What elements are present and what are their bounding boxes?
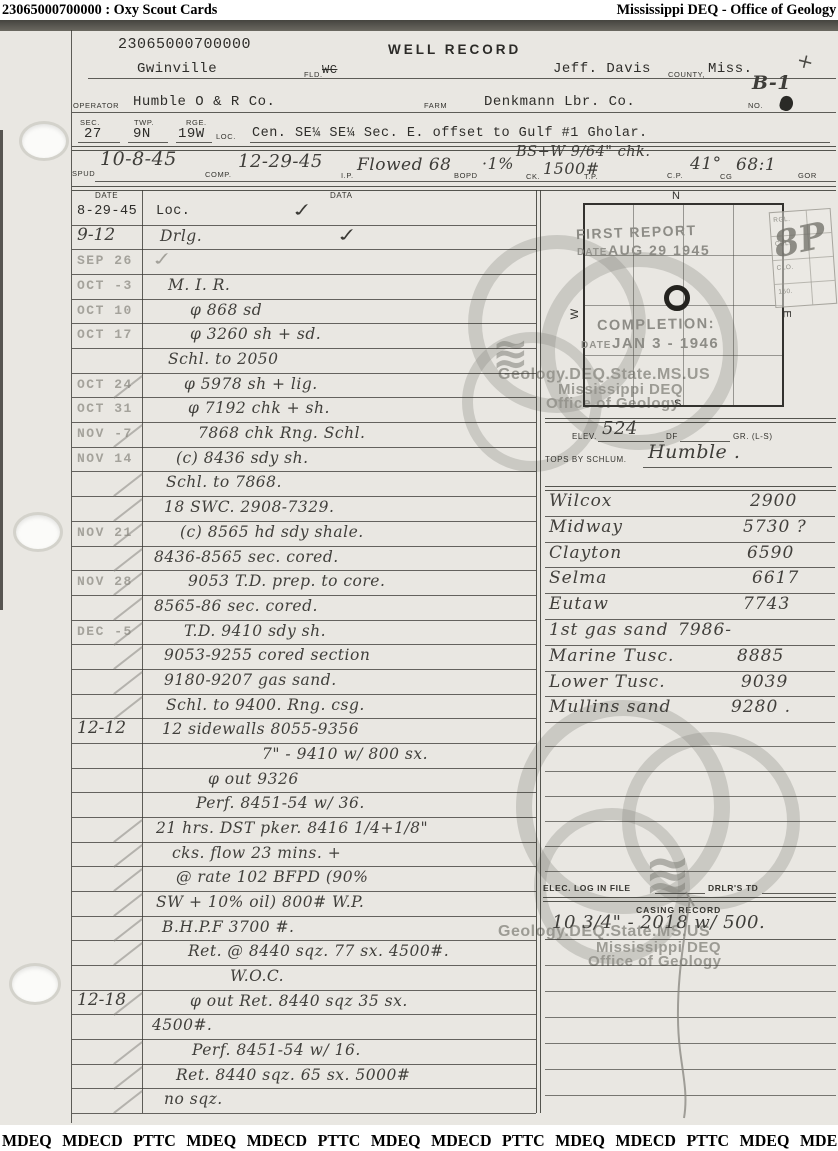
- log-row: Schl. to 7868.: [72, 471, 536, 497]
- formation-depth: 6617: [752, 568, 799, 588]
- log-row-text: 7868 chk Rng. Schl.: [198, 422, 365, 445]
- pencil-slash: [113, 597, 143, 621]
- pencil-slash: [113, 1066, 143, 1090]
- gr-label: GR. (L-S): [733, 432, 773, 441]
- loc-label: LOC.: [216, 132, 236, 141]
- completion-stamp: COMPLETION:: [597, 316, 715, 334]
- log-row-text: (c) 8436 sdy sh.: [176, 447, 309, 470]
- formation-top-row: Eutaw 7743: [545, 593, 835, 620]
- log-row-text: φ 868 sd: [190, 299, 262, 322]
- log-row-date: OCT 17: [77, 327, 133, 342]
- check-mark: ✓: [149, 248, 175, 271]
- log-row-date: OCT 31: [77, 401, 133, 416]
- farm-label: FARM: [424, 101, 447, 110]
- routing-label: 150.: [778, 288, 793, 296]
- ruled-line: [95, 181, 836, 182]
- log-row: OCT 31 φ 7192 chk + sh.: [72, 397, 536, 423]
- log-row-text: 9053-9255 cored section: [164, 644, 370, 667]
- formation-top-row: Marine Tusc. 8885: [545, 645, 835, 672]
- gor-label: GOR: [798, 171, 817, 180]
- scanned-well-record-page: 23065000700000 : Oxy Scout Cards Mississ…: [0, 0, 838, 1151]
- page-header-right: Mississippi DEQ - Office of Geology: [616, 2, 836, 19]
- pencil-slash: [113, 696, 143, 720]
- ruled-line: [643, 467, 832, 468]
- log-row: Perf. 8451-54 w/ 16.: [72, 1039, 536, 1065]
- tops-by-value: Humble .: [648, 441, 740, 463]
- routing-box-row: 150.: [775, 281, 836, 308]
- ruled-line: [78, 142, 120, 143]
- formation-top-row: Clayton 6590: [545, 542, 835, 569]
- field-label: FLD.: [304, 70, 323, 79]
- log-row: DEC -5 T.D. 9410 sdy sh.: [72, 620, 536, 646]
- scan-top-edge: [0, 20, 838, 31]
- elec-log-label: ELEC. LOG IN FILE: [543, 883, 631, 893]
- well-location-symbol: [664, 285, 690, 311]
- pencil-slash: [113, 1041, 143, 1065]
- ink-smudge: [778, 94, 795, 112]
- spud-label: SPUD: [72, 169, 95, 178]
- card-title: WELL RECORD: [388, 42, 521, 57]
- log-row-text: Schl. to 7868.: [166, 471, 282, 494]
- log-row: no sqz.: [72, 1088, 536, 1114]
- compass-south: S: [674, 398, 681, 410]
- log-row-text: T.D. 9410 sdy sh.: [184, 620, 326, 643]
- formation-top-row: 1st gas sand 7986-: [545, 619, 835, 646]
- scanned-card: ≋ Geology.DEQ.State.MS.US Mississippi DE…: [0, 20, 838, 1125]
- pencil-slash: [113, 548, 143, 572]
- pencil-slash: [113, 893, 143, 917]
- tp-label: T.P.: [584, 172, 598, 181]
- log-row: NOV 21 (c) 8565 hd sdy shale.: [72, 521, 536, 547]
- log-row: B.H.P.F 3700 #.: [72, 916, 536, 942]
- compass-east: E: [781, 310, 793, 317]
- ck-label: CK.: [526, 172, 540, 181]
- cp-label: C.P.: [667, 171, 683, 180]
- pencil-slash: [113, 918, 143, 942]
- formation-name: Wilcox: [549, 491, 612, 511]
- log-row-text: M. I. R.: [168, 274, 230, 297]
- double-ruled-line: [72, 146, 836, 151]
- pencil-plus-mark: +: [794, 47, 816, 74]
- ruled-line: [72, 112, 836, 113]
- log-row: 7" - 9410 w/ 800 sx.: [72, 743, 536, 769]
- page-footer: MDEQ MDECD PTTC MDEQ MDECD PTTC MDEQ MDE…: [0, 1125, 838, 1151]
- hole-punch: [16, 515, 60, 549]
- drlrs-td-label: DRLR'S TD: [708, 883, 758, 893]
- field-value: Gwinville: [137, 61, 217, 77]
- log-row-text: 4500#.: [152, 1014, 212, 1037]
- log-row-date: 8-29-45: [77, 204, 137, 219]
- df-label: DF: [666, 432, 678, 441]
- log-row-date: OCT 10: [77, 303, 133, 318]
- operator-value: Humble O & R Co.: [133, 94, 275, 110]
- pencil-slash: [113, 844, 143, 868]
- formation-name: Selma: [549, 568, 607, 588]
- pencil-slash: [113, 868, 143, 892]
- log-row-text: Perf. 8451-54 w/ 36.: [196, 792, 365, 815]
- log-row-text: 9053 T.D. prep. to core.: [188, 570, 385, 593]
- farm-value: Denkmann Lbr. Co.: [484, 94, 635, 110]
- log-row-text: no sqz.: [164, 1088, 223, 1111]
- log-row: NOV -7 7868 chk Rng. Schl.: [72, 422, 536, 448]
- ruled-line: [250, 142, 830, 143]
- log-row: 21 hrs. DST pker. 8416 1/4+1/8": [72, 817, 536, 843]
- formation-depth: 5730 ?: [743, 517, 807, 537]
- elev-label: ELEV.: [572, 432, 597, 441]
- formation-top-row: Selma 6617: [545, 567, 835, 594]
- log-row: 12-12 12 sidewalls 8055-9356: [72, 718, 536, 744]
- formation-name: Lower Tusc.: [549, 672, 666, 692]
- formation-name: Marine Tusc.: [549, 646, 674, 666]
- ip-label: I.P.: [341, 171, 354, 180]
- pencil-slash: [113, 474, 143, 498]
- double-ruled-line: [72, 186, 836, 191]
- completion-date-label: DATE: [581, 340, 611, 351]
- page-header-left: 23065000700000 : Oxy Scout Cards: [2, 2, 217, 19]
- double-ruled-line: [545, 418, 836, 423]
- pencil-stroke: [660, 890, 710, 1125]
- county-value: Jeff. Davis: [553, 61, 651, 77]
- log-row: NOV 28 9053 T.D. prep. to core.: [72, 570, 536, 596]
- log-row: SEP 26 ✓: [72, 249, 536, 275]
- formation-top-row: Wilcox 2900: [545, 490, 835, 517]
- log-row: NOV 14 (c) 8436 sdy sh.: [72, 447, 536, 473]
- hole-punch: [12, 966, 58, 1002]
- log-row-text: φ 3260 sh + sd.: [190, 323, 321, 346]
- log-row-text: SW + 10% oil) 800# W.P.: [156, 891, 364, 914]
- completion-date: JAN 3 - 1946: [612, 335, 719, 352]
- formation-top-row: Lower Tusc. 9039: [545, 671, 835, 698]
- log-row: 18 SWC. 2908-7329.: [72, 496, 536, 522]
- log-row-text: 9180-9207 gas sand.: [164, 669, 337, 692]
- field-struck-text: WC: [322, 63, 337, 77]
- log-row-text: cks. flow 23 mins. +: [172, 842, 341, 865]
- pencil-slash: [113, 498, 143, 522]
- formation-depth: 6590: [747, 543, 794, 563]
- log-row: Schl. to 2050: [72, 348, 536, 374]
- log-row-text: φ out 9326: [208, 768, 299, 791]
- log-row-date: OCT -3: [77, 278, 133, 293]
- log-row-text: φ out Ret. 8440 sqz 35 sx.: [190, 990, 408, 1013]
- log-row-date: 9-12: [77, 225, 115, 245]
- log-row-text: B.H.P.F 3700 #.: [162, 916, 294, 939]
- log-row: 9053-9255 cored section: [72, 644, 536, 670]
- log-row-text: 7" - 9410 w/ 800 sx.: [262, 743, 428, 766]
- twp-value: 9N: [133, 126, 151, 142]
- bopd-value-2: BS+W 9/64" chk.: [516, 144, 650, 160]
- cg-value: 68:1: [736, 155, 776, 175]
- log-row: Schl. to 9400. Rng. csg.: [72, 694, 536, 720]
- formation-depth: 7743: [743, 594, 790, 614]
- formation-name: Eutaw: [549, 594, 609, 614]
- log-row: OCT 17 φ 3260 sh + sd.: [72, 323, 536, 349]
- ruled-line: [128, 142, 168, 143]
- log-row: 4500#.: [72, 1014, 536, 1040]
- log-row-date: NOV 14: [77, 451, 133, 466]
- blank-ruled-lines: [545, 722, 836, 874]
- ruled-line: [176, 142, 212, 143]
- compass-north: N: [672, 190, 680, 202]
- log-data-header: DATA: [330, 191, 353, 200]
- county-label: COUNTY,: [668, 70, 705, 79]
- comp-label: COMP.: [205, 170, 232, 179]
- first-report-date-label: DATE: [577, 247, 607, 258]
- well-number: 23065000700000: [118, 36, 251, 53]
- well-no-handwritten: B-1: [752, 72, 791, 94]
- formation-name: 1st gas sand: [549, 620, 669, 640]
- log-row-text: 8565-86 sec. cored.: [154, 595, 318, 618]
- log-row-text: Ret. 8440 sqz. 65 sx. 5000#: [176, 1064, 410, 1087]
- log-row-date: 12-12: [77, 718, 126, 738]
- compass-west: W: [569, 309, 581, 319]
- log-row: 12-18 φ out Ret. 8440 sqz 35 sx.: [72, 990, 536, 1016]
- formation-depth: 9039: [741, 672, 788, 692]
- log-row-text: Ret. @ 8440 sqz. 77 sx. 4500#.: [188, 940, 449, 963]
- log-row-text: Perf. 8451-54 w/ 16.: [192, 1039, 361, 1062]
- data-panel-separator: [536, 190, 541, 1113]
- first-report-date: AUG 29 1945: [608, 242, 710, 258]
- log-row: φ out 9326: [72, 768, 536, 794]
- log-row: SW + 10% oil) 800# W.P.: [72, 891, 536, 917]
- loc-value: Cen. SE¼ SE¼ Sec. E. offset to Gulf #1 G…: [252, 126, 648, 141]
- log-row-text: W.O.C.: [230, 965, 284, 988]
- log-table: 8-29-45 Loc. ✓ 9-12 Drlg. ✓ SEP 26 ✓ OCT…: [72, 200, 536, 1113]
- pencil-slash: [113, 1091, 143, 1115]
- log-row-text: 18 SWC. 2908-7329.: [164, 496, 334, 519]
- log-row-date: 12-18: [77, 990, 126, 1010]
- log-row-text: 21 hrs. DST pker. 8416 1/4+1/8": [156, 817, 428, 840]
- log-row: Ret. @ 8440 sqz. 77 sx. 4500#.: [72, 940, 536, 966]
- formation-top-row: Mullins sand 9280 .: [545, 696, 835, 723]
- pencil-slash: [113, 646, 143, 670]
- spud-value: 10-8-45: [100, 148, 177, 170]
- log-row: 8-29-45 Loc. ✓: [72, 200, 536, 226]
- rge-value: 19W: [178, 126, 205, 142]
- elev-value: 524: [602, 418, 638, 439]
- log-row-text: Schl. to 2050: [168, 348, 279, 371]
- ip-value: Flowed 68: [357, 155, 452, 175]
- formation-name: Mullins sand: [549, 697, 671, 717]
- log-row-text: @ rate 102 BFPD (90%: [176, 866, 368, 889]
- log-row: cks. flow 23 mins. +: [72, 842, 536, 868]
- tops-by-label: TOPS BY SCHLUM.: [545, 455, 627, 464]
- log-row-text: 8436-8565 sec. cored.: [154, 546, 339, 569]
- well-no-label: NO.: [748, 101, 763, 110]
- log-row-date: SEP 26: [77, 253, 133, 268]
- sec-value: 27: [84, 126, 102, 142]
- formation-depth: 8885: [737, 646, 784, 666]
- comp-value: 12-29-45: [238, 151, 323, 172]
- log-row: @ rate 102 BFPD (90%: [72, 866, 536, 892]
- log-row-text: Loc.: [156, 200, 190, 223]
- formation-name: Midway: [549, 517, 623, 537]
- formation-depth: 9280 .: [731, 697, 791, 717]
- log-row: Perf. 8451-54 w/ 36.: [72, 792, 536, 818]
- plat-grid-line: [585, 355, 782, 356]
- scan-left-edge: [0, 130, 3, 610]
- formation-tops-table: Wilcox 2900 Midway 5730 ? Clayton 6590 S…: [545, 490, 835, 722]
- formation-depth: 2900: [750, 491, 797, 511]
- log-row-text: φ 7192 chk + sh.: [188, 397, 330, 420]
- routing-stamp-box: RGL. CEL. CLO. 150. 8P: [769, 208, 838, 308]
- formation-top-row: Midway 5730 ?: [545, 516, 835, 543]
- log-row-text: (c) 8565 hd sdy shale.: [180, 521, 364, 544]
- bopd-label: BOPD: [454, 171, 478, 180]
- formation-depth: 7986-: [678, 620, 732, 640]
- log-row: OCT 10 φ 868 sd: [72, 299, 536, 325]
- log-row: OCT 24 φ 5978 sh + lig.: [72, 373, 536, 399]
- log-row: Ret. 8440 sqz. 65 sx. 5000#: [72, 1064, 536, 1090]
- state-value: Miss.: [708, 61, 753, 77]
- footer-text: MDEQ MDECD PTTC MDEQ MDECD PTTC MDEQ MDE…: [2, 1131, 838, 1151]
- log-row-text: Schl. to 9400. Rng. csg.: [166, 694, 365, 717]
- log-date-header: DATE: [95, 191, 118, 200]
- log-row: 8436-8565 sec. cored.: [72, 546, 536, 572]
- cp-value: 41°: [690, 154, 722, 174]
- log-row: OCT -3 M. I. R.: [72, 274, 536, 300]
- hole-punch: [22, 124, 66, 158]
- pencil-slash: [113, 671, 143, 695]
- check-mark: ✓: [289, 199, 315, 222]
- log-row-text: Drlg.: [160, 225, 202, 248]
- log-row: 9180-9207 gas sand.: [72, 669, 536, 695]
- ruled-line: [88, 78, 836, 79]
- log-row: 8565-86 sec. cored.: [72, 595, 536, 621]
- operator-label: OPERATOR: [73, 101, 119, 110]
- check-mark: ✓: [334, 223, 360, 246]
- cg-label: CG: [720, 172, 732, 181]
- log-row-text: φ 5978 sh + lig.: [184, 373, 318, 396]
- log-row-text: 12 sidewalls 8055-9356: [162, 718, 359, 741]
- bopd-value: ·1%: [482, 154, 514, 173]
- casing-entry: 10 3/4" - 2018 w/ 500.: [552, 912, 765, 933]
- log-row: 9-12 Drlg. ✓: [72, 225, 536, 251]
- log-row: W.O.C.: [72, 965, 536, 991]
- ruled-line: [762, 893, 836, 894]
- pencil-slash: [113, 943, 143, 967]
- pencil-slash: [113, 819, 143, 843]
- formation-name: Clayton: [549, 543, 622, 563]
